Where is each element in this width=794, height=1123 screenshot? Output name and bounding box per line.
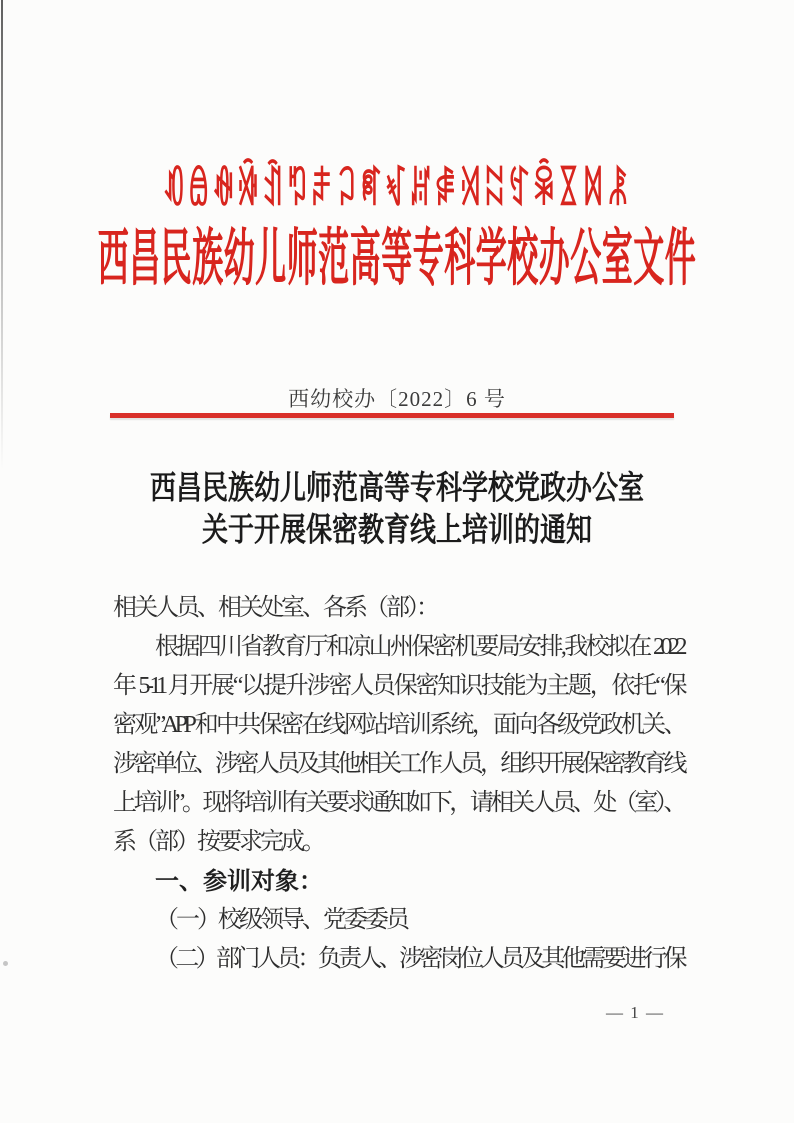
body-line: 系（部）按要求完成。 xyxy=(113,823,683,862)
body-line: 密观”APP 和中共保密在线网站培训系统，面向各级党政机关、 xyxy=(113,706,683,745)
yi-script-line: ꀒꎂꊿꋅꀉꑳꌧꃀꈘꃴꏦꍂꄉꉆꉐꏑꊱꉙꂿ xyxy=(163,167,631,212)
body-line: 根据四川省教育厅和凉山州保密机要局安排,我校拟在 2022 xyxy=(113,628,683,667)
section-heading: 一、参训对象： xyxy=(113,862,683,901)
document-number: 西幼校办〔2022〕6 号 xyxy=(0,383,794,413)
masthead-title: 西昌民族幼儿师范高等专科学校办公室文件 xyxy=(98,227,697,289)
document-title-text-2: 关于开展保密教育线上培训的通知 xyxy=(202,513,592,547)
body-line: 年 5-11 月开展“以提升涉密人员保密知识技能为主题，依托“保 xyxy=(113,667,683,706)
document-title-line-2: 关于开展保密教育线上培训的通知 xyxy=(0,513,794,540)
document-body: 相关人员、相关处室、各系（部）： 根据四川省教育厅和凉山州保密机要局安排,我校拟… xyxy=(113,589,683,979)
letterhead-yi-script-row: ꀒꎂꊿꋅꀉꑳꌧꃀꈘꃴꏦꍂꄉꉆꉐꏑꊱꉙꂿ xyxy=(0,167,794,197)
document-title-line-1: 西昌民族幼儿师范高等专科学校党政办公室 xyxy=(0,471,794,498)
red-separator-rule xyxy=(110,413,674,418)
scan-speck-artifact xyxy=(3,961,8,966)
body-line: 上培训”。现将培训有关要求通知如下，请相关人员、处（室）、 xyxy=(113,784,683,823)
letterhead-masthead-row: 西昌民族幼儿师范高等专科学校办公室文件 xyxy=(0,227,794,258)
page-number: — 1 — xyxy=(606,1003,665,1023)
document-title-text-1: 西昌民族幼儿师范高等专科学校党政办公室 xyxy=(150,471,644,505)
list-item: （二）部门人员：负责人、涉密岗位人员及其他需要进行保 xyxy=(113,940,683,979)
list-item: （一）校级领导、党委委员 xyxy=(113,901,683,940)
body-line: 涉密单位、涉密人员及其他相关工作人员，组织开展保密教育线 xyxy=(113,745,683,784)
scanned-document-page: ꀒꎂꊿꋅꀉꑳꌧꃀꈘꃴꏦꍂꄉꉆꉐꏑꊱꉙꂿ 西昌民族幼儿师范高等专科学校办公室文件 … xyxy=(0,0,794,1123)
salutation-line: 相关人员、相关处室、各系（部）： xyxy=(113,589,683,628)
